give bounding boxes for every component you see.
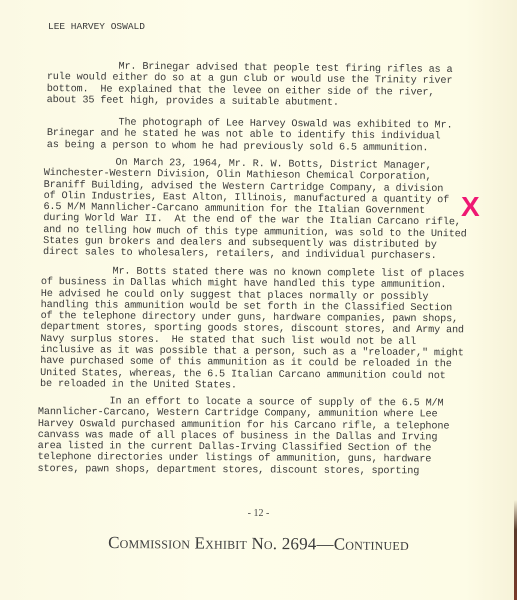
paragraph-photograph-exhibited: The photograph of Lee Harvey Oswald was … <box>47 117 453 154</box>
document-header: LEE HARVEY OSWALD <box>48 21 145 32</box>
page-number: - 12 - <box>0 508 517 519</box>
paragraph-botts-statement: On March 23, 1964, Mr. R. W. Botts, Dist… <box>43 157 467 263</box>
document-page: LEE HARVEY OSWALD Mr. Brinegar advised t… <box>0 0 517 600</box>
text-line: stores, pawn shops, department stores, d… <box>38 464 450 478</box>
paragraph-brinegar-test-firing: Mr. Brinegar advised that people test fi… <box>47 61 453 110</box>
exhibit-footer: Commission Exhibit No. 2694—Continued <box>0 532 517 556</box>
paragraph-telephone-canvass: In an effort to locate a source of suppl… <box>38 396 450 478</box>
margin-x-mark-icon: X <box>461 193 480 221</box>
paragraph-no-complete-list: Mr. Botts stated there was no known comp… <box>40 266 464 394</box>
